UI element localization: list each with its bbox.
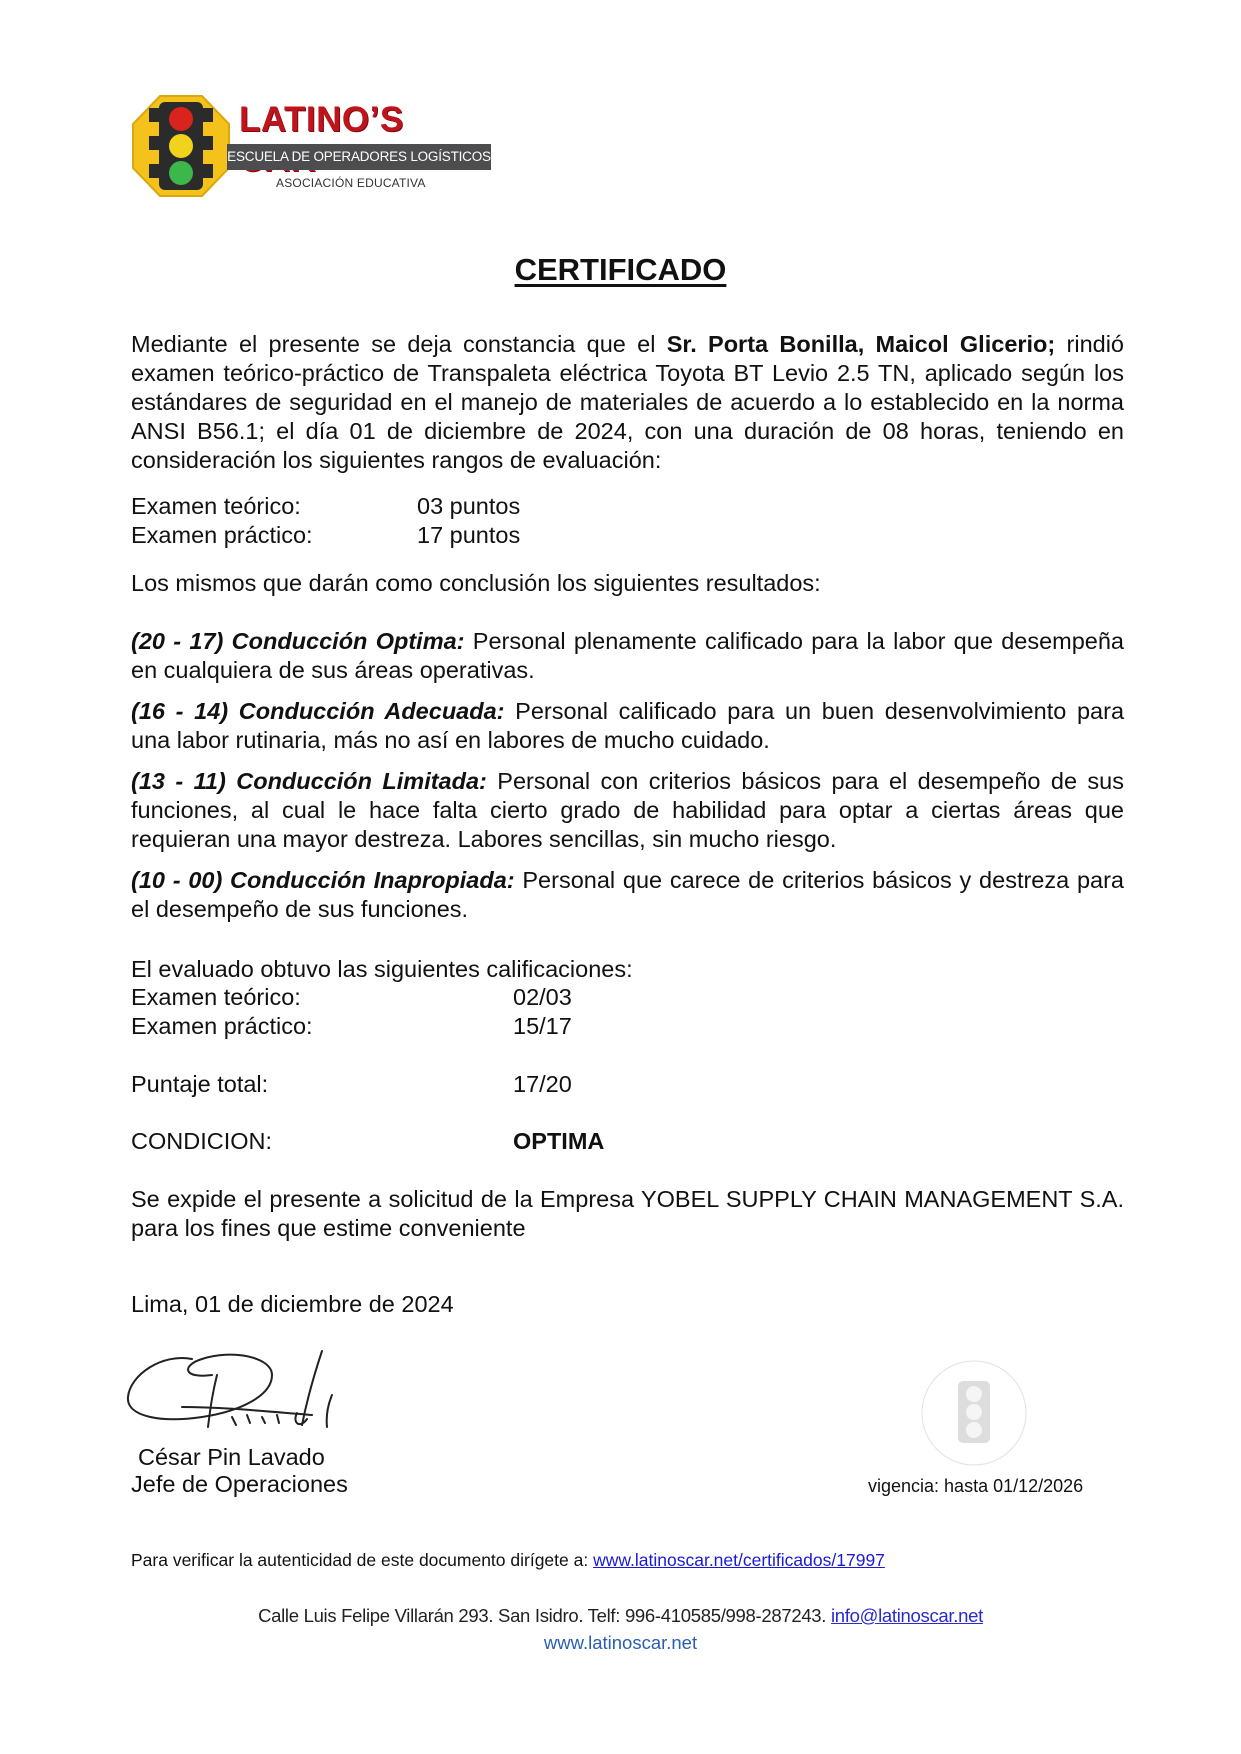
issued-paragraph: Se expide el presente a solicitud de la … (131, 1185, 1124, 1243)
level-adecuada: (16 - 14) Conducción Adecuada: Personal … (131, 697, 1124, 755)
level-inapropiada: (10 - 00) Conducción Inapropiada: Person… (131, 866, 1124, 924)
footer-website-link[interactable]: www.latinoscar.net (0, 1632, 1241, 1654)
result-theory-value: 02/03 (513, 983, 572, 1012)
signature-image (122, 1345, 342, 1440)
footer-address: Calle Luis Felipe Villarán 293. San Isid… (0, 1605, 1241, 1627)
brand-tagline: ESCUELA DE OPERADORES LOGÍSTICOS (227, 144, 491, 170)
conclusion-intro: Los mismos que darán como conclusión los… (131, 569, 821, 598)
document-title: CERTIFICADO (0, 252, 1241, 288)
points-practice-label: Examen práctico: (131, 521, 313, 550)
level-optima: (20 - 17) Conducción Optima: Personal pl… (131, 627, 1124, 685)
brand-subtitle: ASOCIACIÓN EDUCATIVA (276, 176, 426, 190)
company-logo: LATINO’S CAR ESCUELA DE OPERADORES LOGÍS… (131, 94, 491, 198)
candidate-name: Sr. Porta Bonilla, Maicol Glicerio; (667, 331, 1056, 357)
signer-name: César Pin Lavado (138, 1443, 325, 1472)
traffic-light-icon (131, 94, 231, 198)
verify-link[interactable]: www.latinoscar.net/certificados/17997 (593, 1550, 885, 1570)
place-date: Lima, 01 de diciembre de 2024 (131, 1290, 454, 1319)
points-theory-label: Examen teórico: (131, 492, 301, 521)
result-total-value: 17/20 (513, 1070, 572, 1099)
signer-role: Jefe de Operaciones (131, 1470, 348, 1499)
result-theory-label: Examen teórico: (131, 983, 301, 1012)
results-intro: El evaluado obtuvo las siguientes califi… (131, 955, 633, 984)
result-condition-value: OPTIMA (513, 1127, 604, 1156)
result-practice-value: 15/17 (513, 1012, 572, 1041)
points-practice-value: 17 puntos (417, 521, 520, 550)
validity-date: vigencia: hasta 01/12/2026 (868, 1476, 1083, 1497)
footer-email-link[interactable]: info@latinoscar.net (831, 1605, 983, 1626)
points-theory-value: 03 puntos (417, 492, 520, 521)
seal-watermark-icon (918, 1357, 1030, 1469)
result-total-label: Puntaje total: (131, 1070, 268, 1099)
intro-paragraph: Mediante el presente se deja constancia … (131, 330, 1124, 475)
level-limitada: (13 - 11) Conducción Limitada: Personal … (131, 767, 1124, 854)
verify-line: Para verificar la autenticidad de este d… (131, 1550, 885, 1571)
result-condition-label: CONDICION: (131, 1127, 272, 1156)
result-practice-label: Examen práctico: (131, 1012, 313, 1041)
